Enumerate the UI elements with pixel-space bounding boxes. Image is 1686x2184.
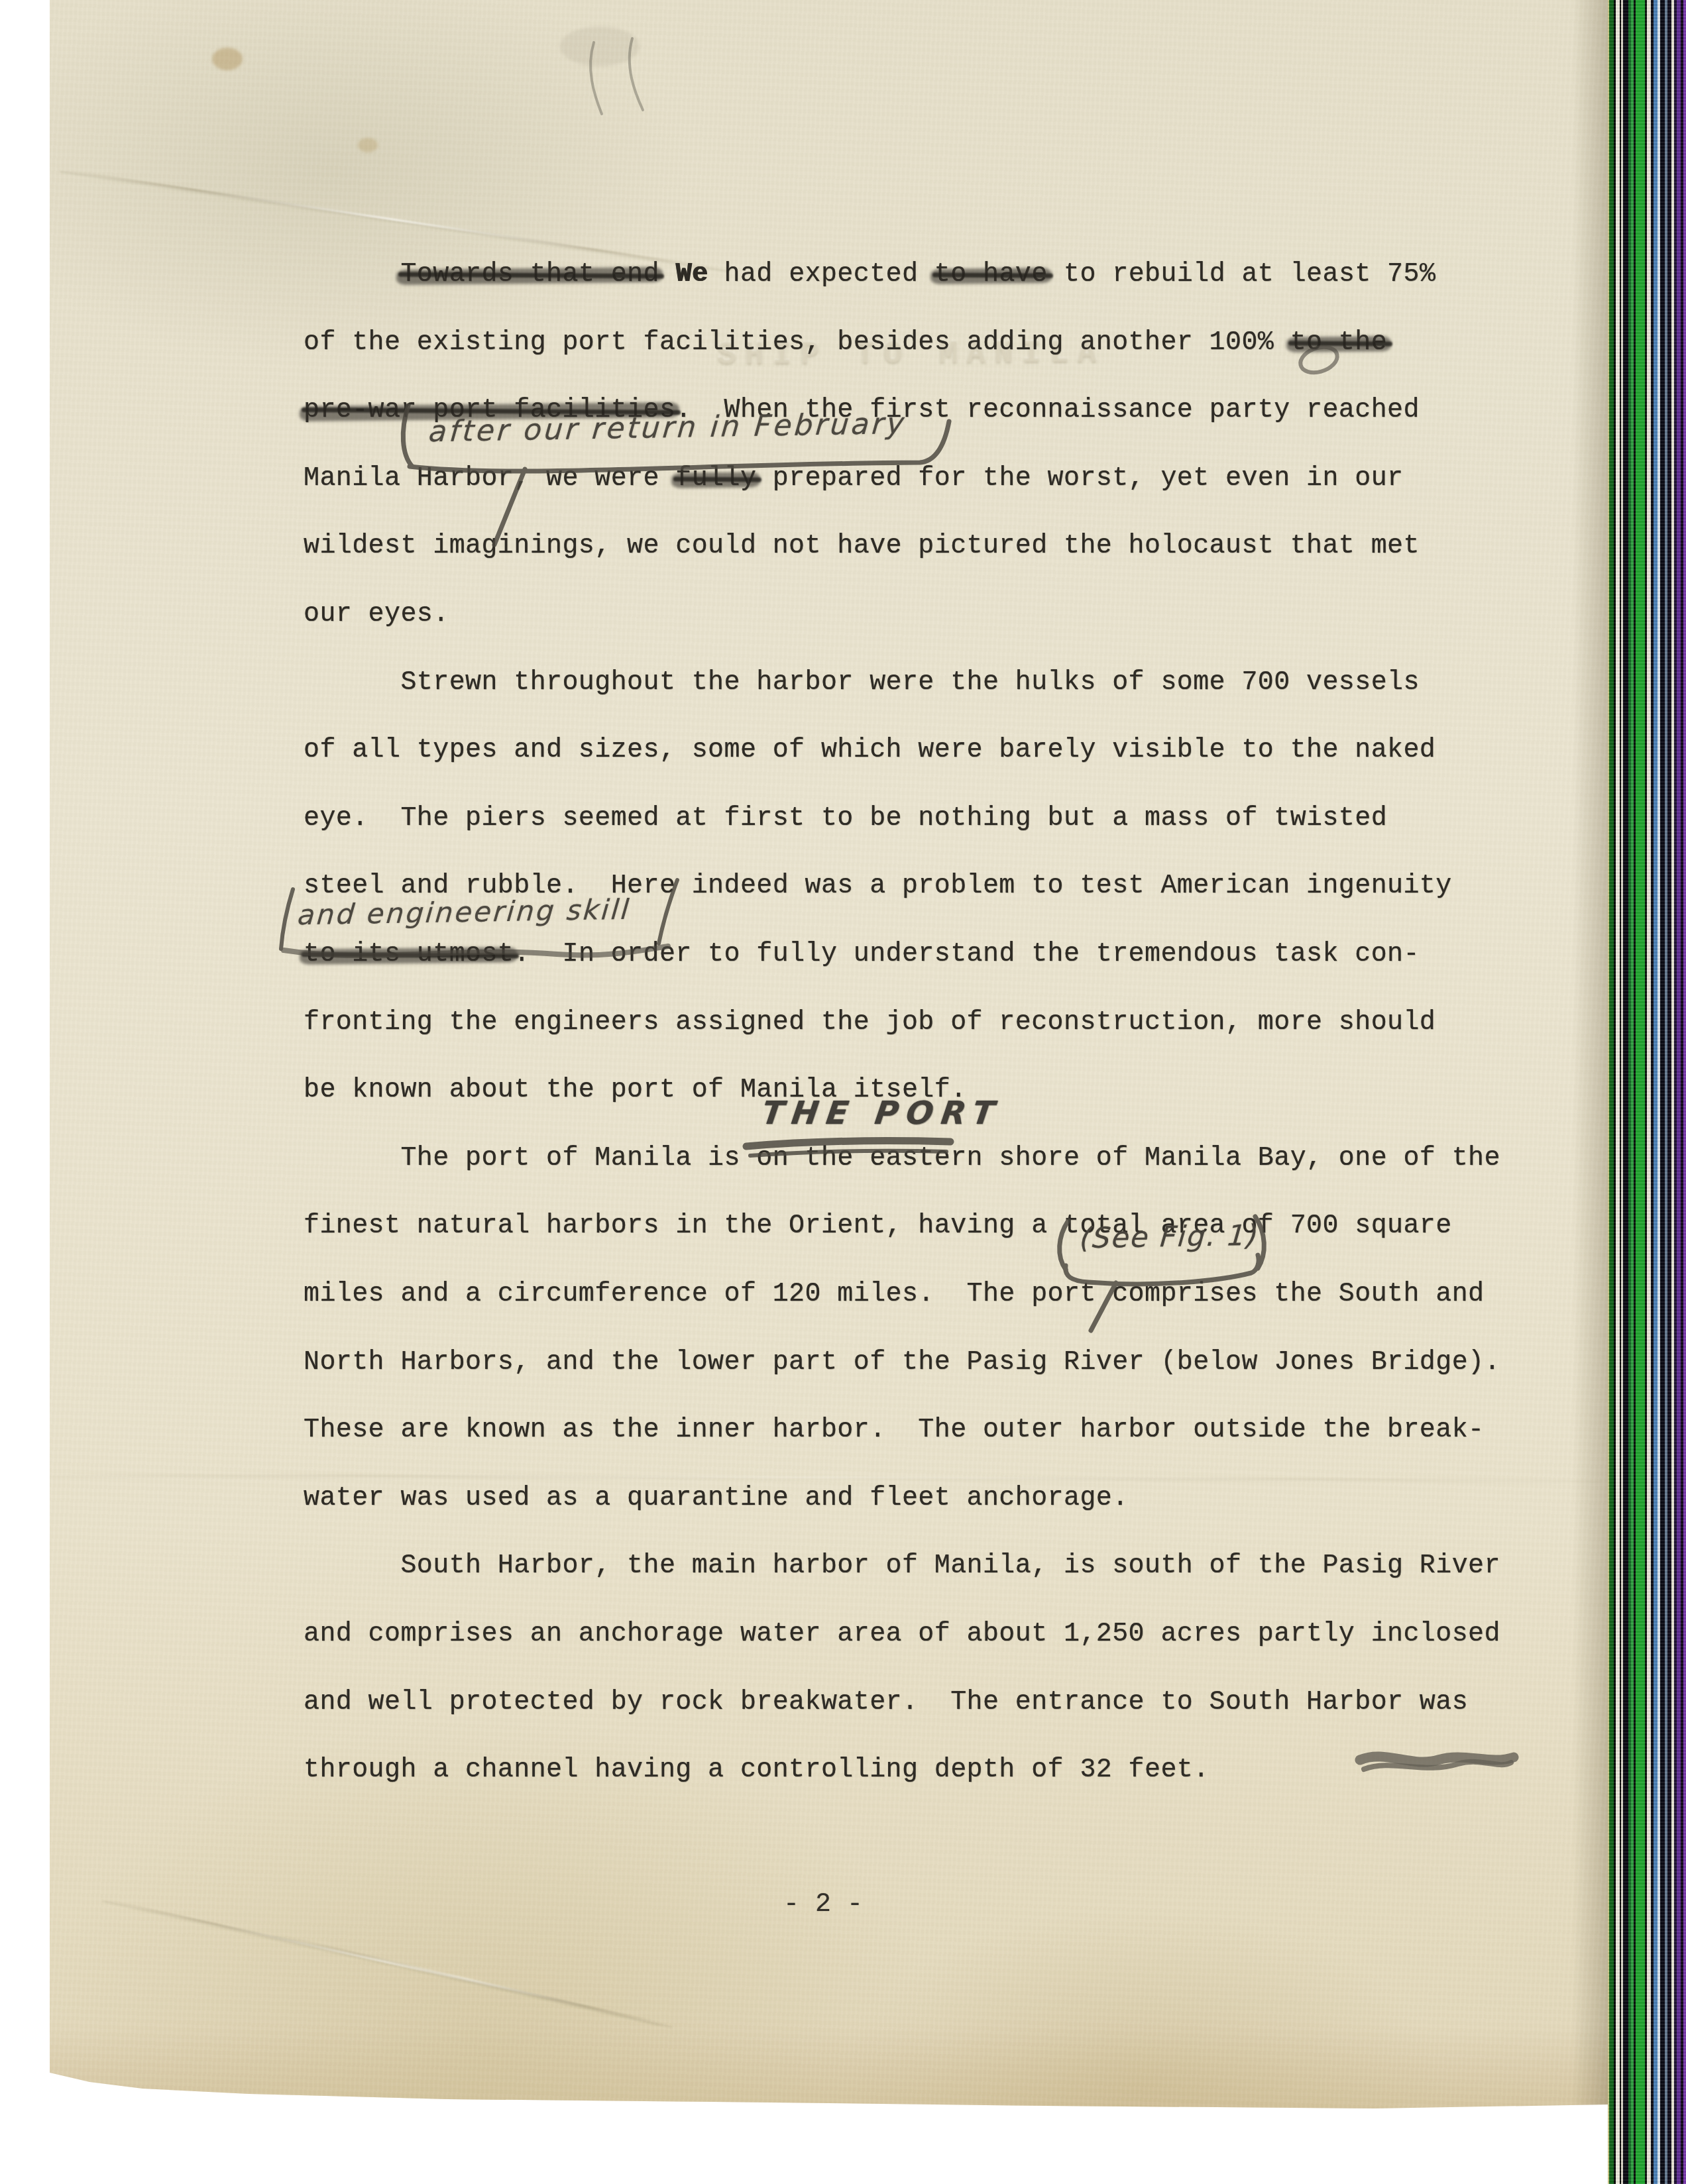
- text-segment: Towards that end: [400, 260, 659, 290]
- paper-sheet: SHIP TO MANILA Towards that end We had e…: [50, 0, 1608, 2110]
- page-number: - 2 -: [763, 1890, 883, 1920]
- text-segment: water was used as a quarantine and fleet…: [304, 1484, 1129, 1514]
- text-segment: prepared for the worst, yet even in our: [756, 464, 1403, 494]
- text-segment: fronting the engineers assigned the job …: [304, 1008, 1435, 1038]
- text-segment: These are known as the inner harbor. The…: [304, 1415, 1485, 1446]
- typed-line: water was used as a quarantine and fleet…: [304, 1484, 1129, 1514]
- text-segment: eye. The piers seemed at first to be not…: [304, 804, 1387, 834]
- stain-spot-2: [358, 138, 378, 152]
- crease-mid-fold: [50, 1474, 1601, 1481]
- typed-line: The port of Manila is on the eastern sho…: [304, 1144, 1500, 1174]
- text-segment: miles and a circumference of 120 miles. …: [304, 1280, 1485, 1310]
- crease-top-left: [60, 169, 728, 271]
- text-segment: to rebuild at least 75%: [1048, 260, 1436, 290]
- typed-line: fronting the engineers assigned the job …: [304, 1008, 1435, 1038]
- typed-line: These are known as the inner harbor. The…: [304, 1415, 1485, 1446]
- text-segment: finest natural harbors in the Orient, ha…: [304, 1211, 1452, 1242]
- stain-spot-1: [212, 48, 243, 70]
- typed-line: our eyes.: [304, 600, 449, 630]
- stain-smudge-top: [560, 27, 640, 66]
- text-segment: through a channel having a controlling d…: [304, 1755, 1209, 1786]
- typed-line: North Harbors, and the lower part of the…: [304, 1348, 1500, 1378]
- typed-line: Strewn throughout the harbor were the hu…: [304, 668, 1420, 698]
- text-segment: and comprises an anchorage water area of…: [304, 1619, 1500, 1650]
- text-segment: We: [675, 260, 708, 290]
- text-segment: to its utmost: [304, 940, 514, 970]
- typed-line: to its utmost. In order to fully underst…: [304, 940, 1420, 970]
- typed-line: eye. The piers seemed at first to be not…: [304, 804, 1387, 834]
- text-segment: to the: [1290, 328, 1387, 358]
- handwritten-see-fig-reference: (See Fig. 1): [1079, 1219, 1261, 1256]
- text-segment: wildest imaginings, we could not have pi…: [304, 531, 1420, 562]
- text-segment: of all types and sizes, some of which we…: [304, 736, 1435, 766]
- typed-line: South Harbor, the main harbor of Manila,…: [304, 1551, 1500, 1582]
- paper-texture: [50, 0, 1608, 2110]
- typed-line: wildest imaginings, we could not have pi…: [304, 531, 1420, 562]
- text-segment: our eyes.: [304, 600, 449, 630]
- typed-line: and well protected by rock breakwater. T…: [304, 1688, 1468, 1718]
- text-segment: Manila Harbor, we were: [304, 464, 675, 494]
- typed-line: Manila Harbor, we were fully prepared fo…: [304, 464, 1403, 494]
- text-segment: . In order to fully understand the treme…: [514, 940, 1420, 970]
- typed-line: and comprises an anchorage water area of…: [304, 1619, 1500, 1650]
- text-segment: to have: [934, 260, 1048, 290]
- text-segment: of the existing port facilities, besides…: [304, 328, 1290, 358]
- text-segment: and well protected by rock breakwater. T…: [304, 1688, 1468, 1718]
- crease-bottom-left: [103, 1898, 673, 2026]
- scanned-document-page: SHIP TO MANILA Towards that end We had e…: [0, 0, 1686, 2184]
- typed-line: of the existing port facilities, besides…: [304, 328, 1387, 358]
- handwritten-insertion-engineering-skill: and engineering skill: [296, 893, 632, 932]
- text-segment: had expected: [708, 260, 934, 290]
- text-segment: The port of Manila is on the eastern sho…: [304, 1144, 1500, 1174]
- text-segment: Strewn throughout the harbor were the hu…: [304, 668, 1420, 698]
- typed-line: Towards that end We had expected to have…: [304, 260, 1435, 290]
- typed-line: finest natural harbors in the Orient, ha…: [304, 1211, 1452, 1242]
- text-segment: fully: [675, 464, 756, 494]
- crease-bottom-left-2: [273, 1934, 661, 2025]
- scanner-edge-stripes: [1608, 0, 1686, 2184]
- text-segment: [304, 260, 400, 290]
- text-segment: South Harbor, the main harbor of Manila,…: [304, 1551, 1500, 1582]
- typed-line: through a channel having a controlling d…: [304, 1755, 1209, 1786]
- typed-line: miles and a circumference of 120 miles. …: [304, 1280, 1485, 1310]
- typed-line: of all types and sizes, some of which we…: [304, 736, 1435, 766]
- text-segment: North Harbors, and the lower part of the…: [304, 1348, 1500, 1378]
- handwritten-heading-the-port: THE PORT: [759, 1095, 1005, 1132]
